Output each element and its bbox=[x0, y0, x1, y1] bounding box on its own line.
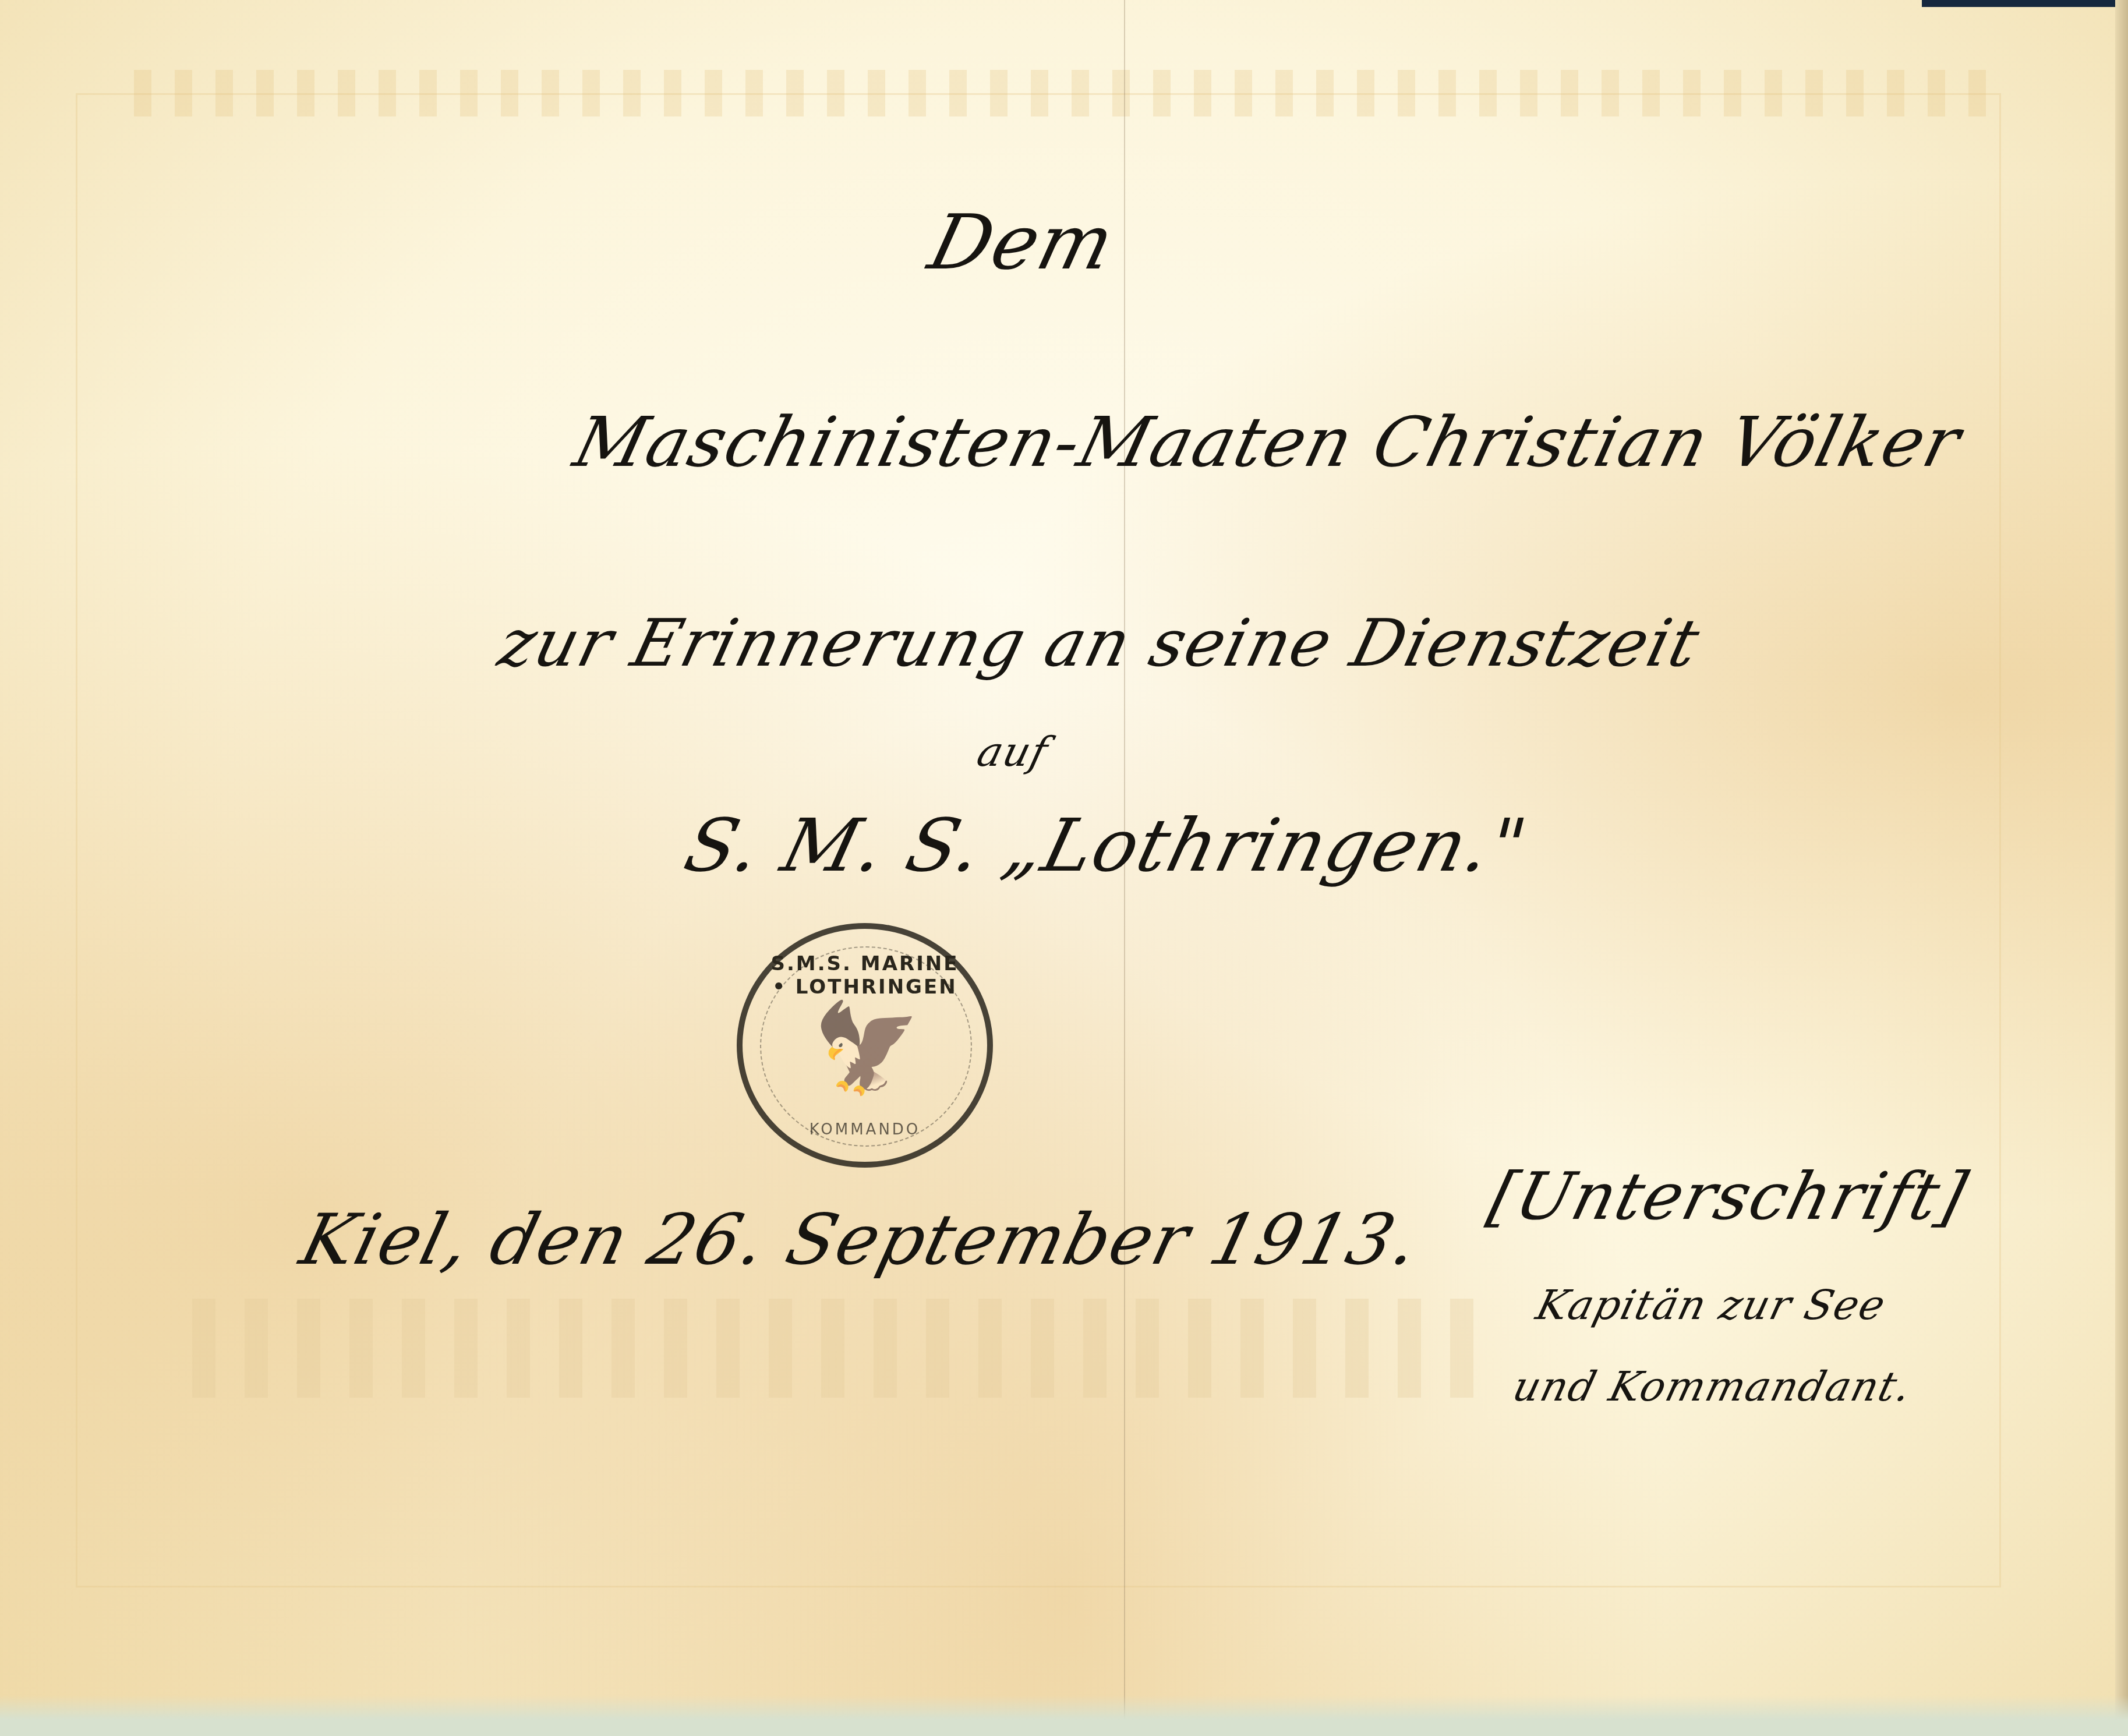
place-and-date: Kiel, den 26. September 1913. bbox=[293, 1200, 1428, 1281]
signature: [Unterschrift] bbox=[1482, 1159, 1975, 1235]
scan-background bbox=[0, 1695, 2128, 1736]
binding-strip bbox=[1922, 0, 2128, 7]
signer-rank: Kapitän zur See bbox=[1532, 1281, 1891, 1329]
signer-position: und Kommandant. bbox=[1508, 1363, 1917, 1410]
ship-name: S. M. S. „Lothringen." bbox=[677, 804, 1536, 888]
eagle-emblem-icon: 🦅 bbox=[812, 999, 917, 1098]
salutation: Dem bbox=[921, 198, 1123, 287]
page-edge bbox=[2115, 0, 2128, 1736]
bleed-through-text-bottom bbox=[192, 1299, 1473, 1398]
recipient-line: Maschinisten-Maaten Christian Völker bbox=[567, 402, 1970, 482]
stamp-top-text: S.M.S. MARINE • LOTHRINGEN bbox=[766, 952, 964, 999]
preposition: auf bbox=[973, 728, 1054, 776]
bleed-through-text-top bbox=[134, 70, 1998, 116]
official-seal-stamp: S.M.S. MARINE • LOTHRINGEN 🦅 KOMMANDO bbox=[737, 923, 993, 1168]
stamp-bottom-text: KOMMANDO bbox=[777, 1121, 952, 1139]
purpose-line: zur Erinnerung an seine Dienstzeit bbox=[492, 606, 1708, 681]
